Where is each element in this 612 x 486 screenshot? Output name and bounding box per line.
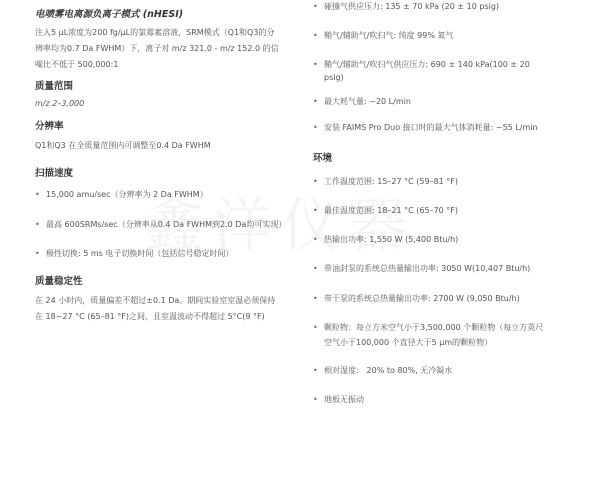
env-item: 最佳温度范围: 18–21 °C (65–70 °F) (313, 204, 603, 218)
env-item: 热输出功率: 1,550 W (5,400 Btu/h) (313, 233, 603, 247)
env-list-7: 相对湿度： 20% to 80%, 无冷凝水 (313, 364, 603, 378)
nhesi-title: 电喷雾电离源负离子模式 (nHESI) (35, 8, 303, 22)
nhesi-section: 电喷雾电离源负离子模式 (nHESI) (35, 8, 303, 22)
env-list-5: 带干泵的系统总热量输出功率: 2700 W (9,050 Btu/h) (313, 292, 603, 306)
gas-item: 最大耗气量: ~20 L/min (313, 95, 603, 109)
gas-list-5: 安装 FAIMS Pro Duo 接口时的最大气体消耗量: ~55 L/min (313, 121, 603, 135)
env-item: 带干泵的系统总热量输出功率: 2700 W (9,050 Btu/h) (313, 292, 603, 306)
env-list-4: 带油封泵的系统总热量输出功率: 3050 W(10,407 Btu/h) (313, 262, 603, 276)
gas-item: 鞘气/辅助气/吹扫气供应压力: 690 ± 140 kPa(100 ± 20 (313, 58, 603, 72)
nhesi-line-2: 辨率均为0.7 Da FWHM）下，离子对 m/z 321.0 - m/z 15… (35, 41, 303, 56)
scan-speed-title: 扫描速度 (35, 167, 303, 181)
mass-stability-title: 质量稳定性 (35, 275, 303, 289)
env-list-3: 热输出功率: 1,550 W (5,400 Btu/h) (313, 233, 603, 247)
gas-item: 鞘气/辅助气/吹扫气: 纯度 99% 氮气 (313, 29, 603, 43)
env-item: 地板无振动 (313, 393, 603, 407)
nhesi-line-1: 注入5 μL浓度为200 fg/μL的氯霉素溶液，SRM模式（Q1和Q3的分 (35, 25, 303, 40)
scan-speed-list: 15,000 amu/sec（分辨率为 2 Da FWHM） (35, 188, 303, 202)
environment-title: 环境 (313, 152, 603, 166)
scan-speed-list-2: 最高 600SRMs/sec（分辨率从0.4 Da FWHM到2.0 Da均可实… (35, 218, 303, 232)
mass-stability-line-1: 在 24 小时内，质量偏差不超过±0.1 Da。期间实验室室温必须保持 (35, 293, 303, 308)
gas-item-continuation: psig) (313, 71, 612, 85)
gas-list-2: 鞘气/辅助气/吹扫气: 纯度 99% 氮气 (313, 29, 603, 43)
resolution-title: 分辨率 (35, 120, 303, 134)
env-item: 相对湿度： 20% to 80%, 无冷凝水 (313, 364, 603, 378)
resolution-value: Q1和Q3 在全质量范围内可调整至0.4 Da FWHM (35, 138, 303, 153)
mass-range-value: m/z 2–3,000 (35, 96, 303, 111)
scan-speed-list-3: 极性切换: 5 ms 电子切换时间（包括信号稳定时间） (35, 247, 303, 261)
env-list-8: 地板无振动 (313, 393, 603, 407)
env-list-2: 最佳温度范围: 18–21 °C (65–70 °F) (313, 204, 603, 218)
gas-list: 碰撞气供应压力: 135 ± 70 kPa (20 ± 10 psig) (313, 0, 603, 14)
scan-speed-item: 极性切换: 5 ms 电子切换时间（包括信号稳定时间） (35, 247, 303, 261)
env-list-1: 工作温度范围: 15–27 °C (59–81 °F) (313, 175, 603, 189)
mass-stability-line-2: 在 18~27 °C (65–81 °F)之间，且室温波动不得超过 5°C(9 … (35, 309, 303, 324)
gas-item: 安装 FAIMS Pro Duo 接口时的最大气体消耗量: ~55 L/min (313, 121, 603, 135)
scan-speed-item: 15,000 amu/sec（分辨率为 2 Da FWHM） (35, 188, 303, 202)
gas-list-3: 鞘气/辅助气/吹扫气供应压力: 690 ± 140 kPa(100 ± 20 (313, 58, 603, 72)
scan-speed-item: 最高 600SRMs/sec（分辨率从0.4 Da FWHM到2.0 Da均可实… (35, 218, 303, 232)
env-list-6: 颗粒物：每立方米空气小于3,500,000 个颗粒物（每立方英尺 (313, 321, 603, 335)
gas-list-4: 最大耗气量: ~20 L/min (313, 95, 603, 109)
gas-item: 碰撞气供应压力: 135 ± 70 kPa (20 ± 10 psig) (313, 0, 603, 14)
env-item: 工作温度范围: 15–27 °C (59–81 °F) (313, 175, 603, 189)
env-item: 颗粒物：每立方米空气小于3,500,000 个颗粒物（每立方英尺 (313, 321, 603, 335)
mass-range-title: 质量范围 (35, 80, 303, 94)
env-item: 带油封泵的系统总热量输出功率: 3050 W(10,407 Btu/h) (313, 262, 603, 276)
env-item-continuation: 空气小于100,000 个直径大于5 μm的颗粒物） (313, 336, 612, 350)
nhesi-line-3: 噪比不低于 500,000:1 (35, 57, 303, 72)
